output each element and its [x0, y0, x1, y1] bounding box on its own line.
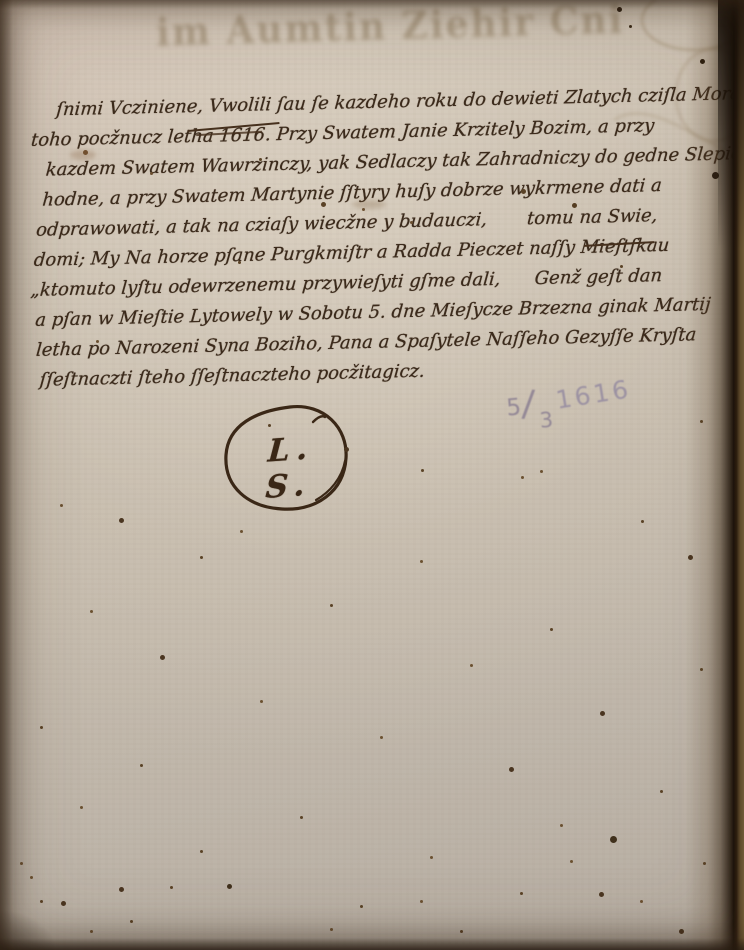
- pencil-annotation: 5 / 3 1616: [493, 377, 628, 446]
- pencil-day: 5: [505, 394, 522, 421]
- manuscript-page-photo: im Aumtin Ziehir Cni ſnimi Vcziniene, Vw…: [0, 0, 744, 950]
- ink-stain: [352, 200, 386, 209]
- foxing-speckles: [0, 0, 3, 3]
- manuscript-text-block: ſnimi Vcziniene, Vwolili ſau ſe kazdeho …: [26, 79, 744, 396]
- seal-label: L. S.: [246, 429, 335, 507]
- page-edge-shadow-bottom: [0, 938, 744, 950]
- ink-stain: [70, 150, 96, 160]
- page-edge-shadow-left: [0, 0, 13, 950]
- pencil-month: 3: [539, 408, 554, 433]
- seal-mark: L. S.: [218, 400, 360, 516]
- page-corner-shadow-bottom-left: [0, 910, 70, 950]
- pencil-slash: /: [521, 383, 535, 425]
